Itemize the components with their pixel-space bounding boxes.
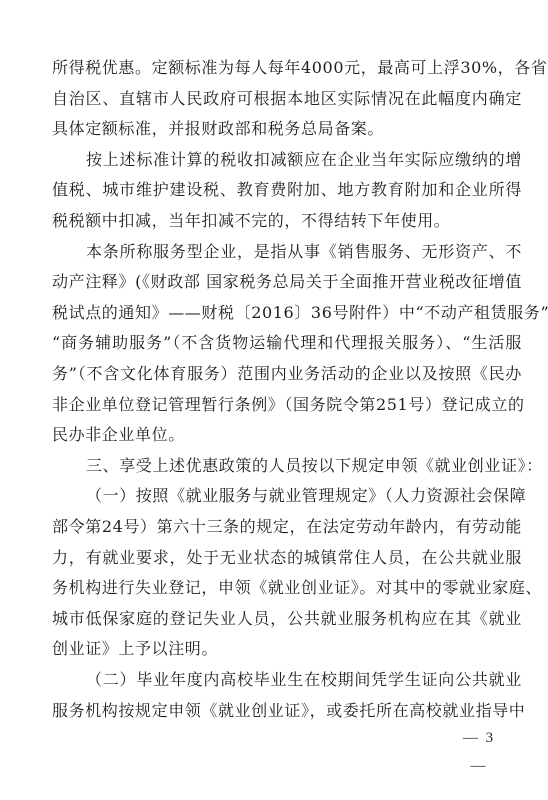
text-line: 民办非企业单位。 (52, 420, 522, 450)
text-line: 非企业单位登记管理暂行条例》（国务院令第251号）登记成立的 (52, 390, 522, 420)
text-line: 务”（不含文化体育服务）范围内业务活动的企业以及按照《民办 (52, 359, 522, 389)
document-page: 所得税优惠。定额标准为每人每年4000元，最高可上浮30%，各省、 自治区、直辖… (0, 0, 548, 800)
paragraph-start-line: （二）毕业年度内高校毕业生在校期间凭学生证向公共就业 (86, 665, 522, 695)
text-line: 部令第24号）第六十三条的规定，在法定劳动年龄内，有劳动能 (52, 512, 522, 542)
text-line: 税试点的通知》——财税〔2016〕36号附件）中“不动产租赁服务”、 (52, 298, 522, 328)
text-line: 创业证》上予以注明。 (52, 634, 522, 664)
text-line: 所得税优惠。定额标准为每人每年4000元，最高可上浮30%，各省、 (52, 53, 522, 83)
text-line: 城市低保家庭的登记失业人员，公共就业服务机构应在其《就业 (52, 604, 522, 634)
text-line: 税税额中扣减，当年扣减不完的，不得结转下年使用。 (52, 206, 522, 236)
paragraph-start-line: 按上述标准计算的税收扣减额应在企业当年实际应缴纳的增 (86, 145, 522, 175)
section-heading-line: 三、享受上述优惠政策的人员按以下规定申领《就业创业证》： (86, 451, 522, 481)
text-line: “商务辅助服务”（不含货物运输代理和代理报关服务）、“生活服 (52, 328, 522, 358)
text-line: 务机构进行失业登记，申领《就业创业证》。对其中的零就业家庭、 (52, 573, 522, 603)
paragraph-start-line: 本条所称服务型企业，是指从事《销售服务、无形资产、不 (86, 237, 522, 267)
text-line: 自治区、直辖市人民政府可根据本地区实际情况在此幅度内确定 (52, 84, 522, 114)
text-line: 具体定额标准，并报财政部和税务总局备案。 (52, 114, 522, 144)
paragraph-start-line: （一）按照《就业服务与就业管理规定》（人力资源社会保障 (86, 481, 522, 511)
page-number: — 3 — (452, 724, 506, 752)
text-line: 值税、城市维护建设税、教育费附加、地方教育附加和企业所得 (52, 175, 522, 205)
text-line: 服务机构按规定申领《就业创业证》，或委托所在高校就业指导中 (52, 696, 522, 726)
text-line: 动产注释》(《财政部 国家税务总局关于全面推开营业税改征增值 (52, 267, 522, 297)
text-line: 力，有就业要求，处于无业状态的城镇常住人员，在公共就业服 (52, 543, 522, 573)
